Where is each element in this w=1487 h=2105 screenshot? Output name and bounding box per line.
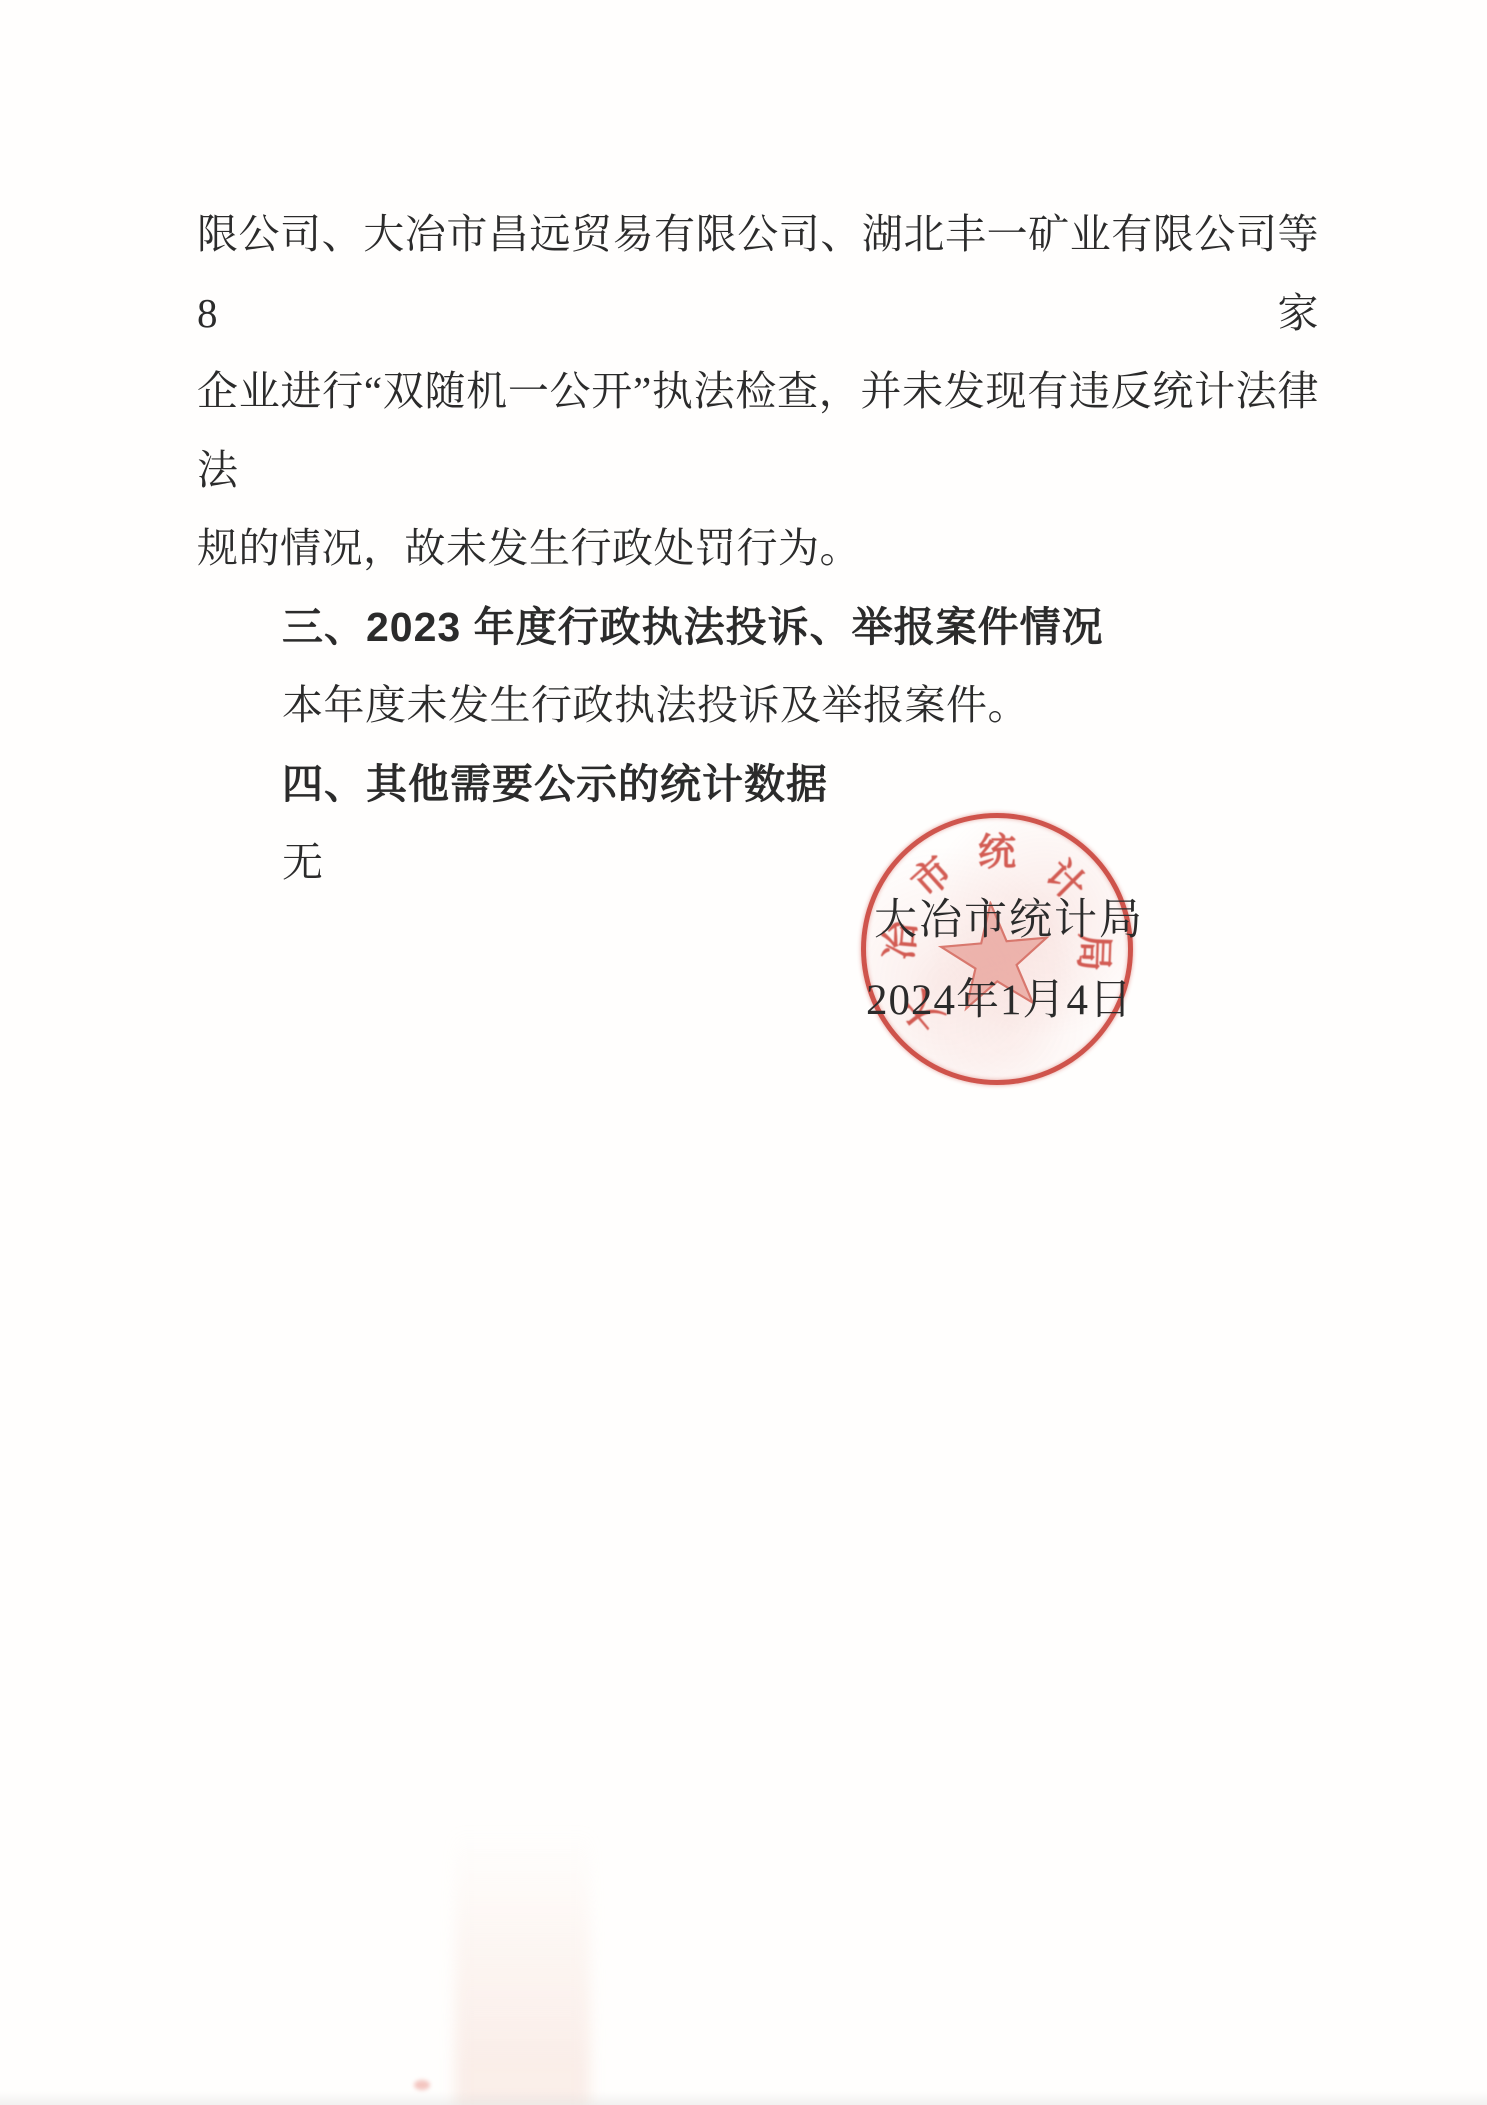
paragraph-line: 本年度未发生行政执法投诉及举报案件。	[197, 666, 1319, 745]
section-heading-3: 三、2023 年度行政执法投诉、举报案件情况	[197, 588, 1319, 667]
paragraph-line: 规的情况，故未发生行政处罚行为。	[197, 509, 1319, 588]
signature-date: 2024年1月4日	[866, 966, 1133, 1027]
official-seal: 大 冶 市 统 计 局	[861, 813, 1133, 1085]
scan-artifact-speck	[414, 2080, 430, 2090]
paragraph-line: 无	[197, 823, 1319, 902]
document-body: 限公司、大冶市昌远贸易有限公司、湖北丰一矿业有限公司等 8 家 企业进行“双随机…	[197, 195, 1319, 902]
seal-ring-char: 统	[975, 831, 1019, 875]
signature-agency: 大冶市统计局	[874, 886, 1144, 947]
scan-artifact-streak	[455, 1830, 590, 2105]
paragraph-line: 企业进行“双随机一公开”执法检查，并未发现有违反统计法律法	[197, 352, 1319, 509]
scan-artifact-bottom-shade	[0, 2091, 1487, 2105]
scanned-document-page: 限公司、大冶市昌远贸易有限公司、湖北丰一矿业有限公司等 8 家 企业进行“双随机…	[0, 0, 1487, 2105]
paragraph-line: 限公司、大冶市昌远贸易有限公司、湖北丰一矿业有限公司等 8 家	[197, 195, 1319, 352]
section-heading-4: 四、其他需要公示的统计数据	[197, 745, 1319, 824]
